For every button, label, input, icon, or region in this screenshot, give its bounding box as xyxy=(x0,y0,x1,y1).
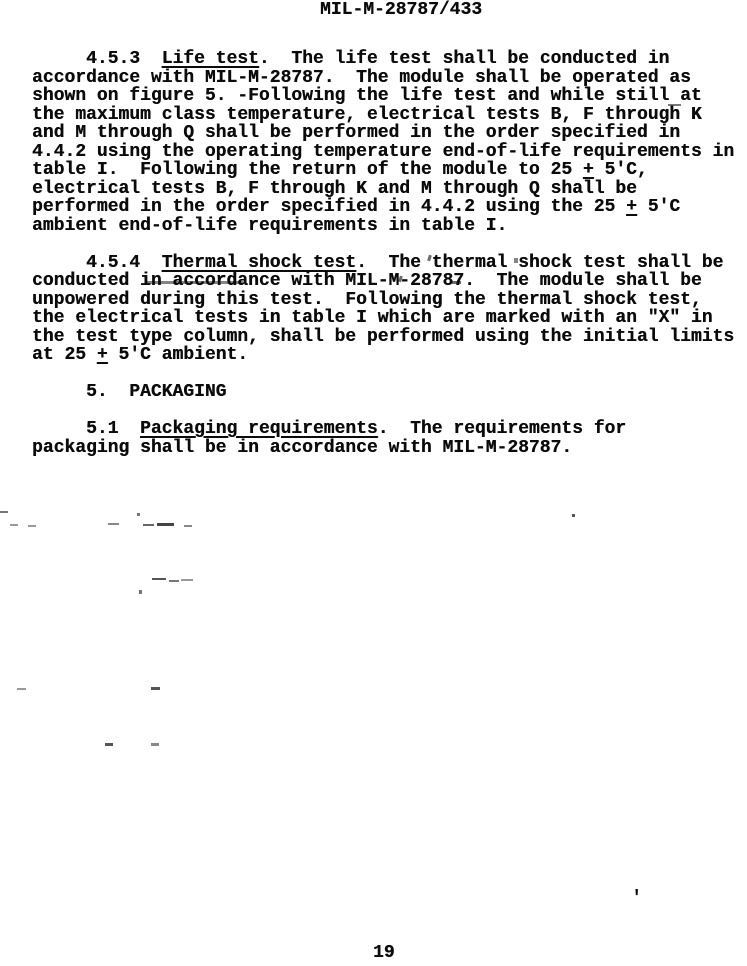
paragraph-thermal-shock-test: 4.5.4 Thermal shock test. The thermal sh… xyxy=(32,254,746,365)
section-title-life-test: Life test xyxy=(162,49,259,69)
page-number: 19 xyxy=(373,944,395,963)
paragraph-packaging-requirements: 5.1 Packaging requirements. The requirem… xyxy=(32,420,746,457)
scan-artifact xyxy=(137,513,140,516)
scan-artifact xyxy=(157,523,174,526)
plus-minus-symbol: + xyxy=(97,345,108,365)
scan-artifact xyxy=(10,524,18,526)
scan-artifact xyxy=(151,687,160,690)
document-header: MIL-M-28787/433 xyxy=(320,1,482,20)
section-number-4-5-4: 4.5.4 xyxy=(32,253,162,273)
scan-artifact xyxy=(108,523,119,525)
scan-artifact xyxy=(139,590,142,594)
plus-minus-symbol: + xyxy=(626,197,637,217)
body-text-run: 5'C ambient. xyxy=(108,345,248,365)
stray-apostrophe-mark: ' xyxy=(631,889,642,908)
scan-artifact xyxy=(668,104,681,106)
scan-artifact xyxy=(181,579,193,581)
scan-artifact xyxy=(514,258,518,263)
section-title-packaging-requirements: Packaging requirements xyxy=(140,419,378,439)
section-title-thermal-shock-test: Thermal shock test xyxy=(162,253,356,273)
paragraph-life-test: 4.5.3 Life test. The life test shall be … xyxy=(32,50,746,235)
scan-artifact xyxy=(572,514,575,517)
scan-artifact xyxy=(143,524,154,526)
section-number-5-1: 5.1 xyxy=(32,419,140,439)
scan-artifact xyxy=(184,525,192,527)
plus-minus-symbol: + xyxy=(583,160,594,180)
scan-artifact xyxy=(28,525,36,527)
scan-artifact xyxy=(152,578,166,580)
document-page: MIL-M-28787/433 4.5.3 Life test. The lif… xyxy=(0,0,747,966)
scan-artifact xyxy=(17,688,26,690)
document-body: 4.5.3 Life test. The life test shall be … xyxy=(32,50,746,476)
scan-artifact xyxy=(151,743,159,746)
scan-artifact xyxy=(0,511,8,513)
section-number-4-5-3: 4.5.3 xyxy=(32,49,162,69)
scan-artifact xyxy=(169,580,179,582)
scan-artifact xyxy=(452,281,461,284)
scan-artifact xyxy=(105,743,113,746)
heading-packaging: 5. PACKAGING xyxy=(32,383,746,402)
scan-artifact xyxy=(147,281,243,284)
